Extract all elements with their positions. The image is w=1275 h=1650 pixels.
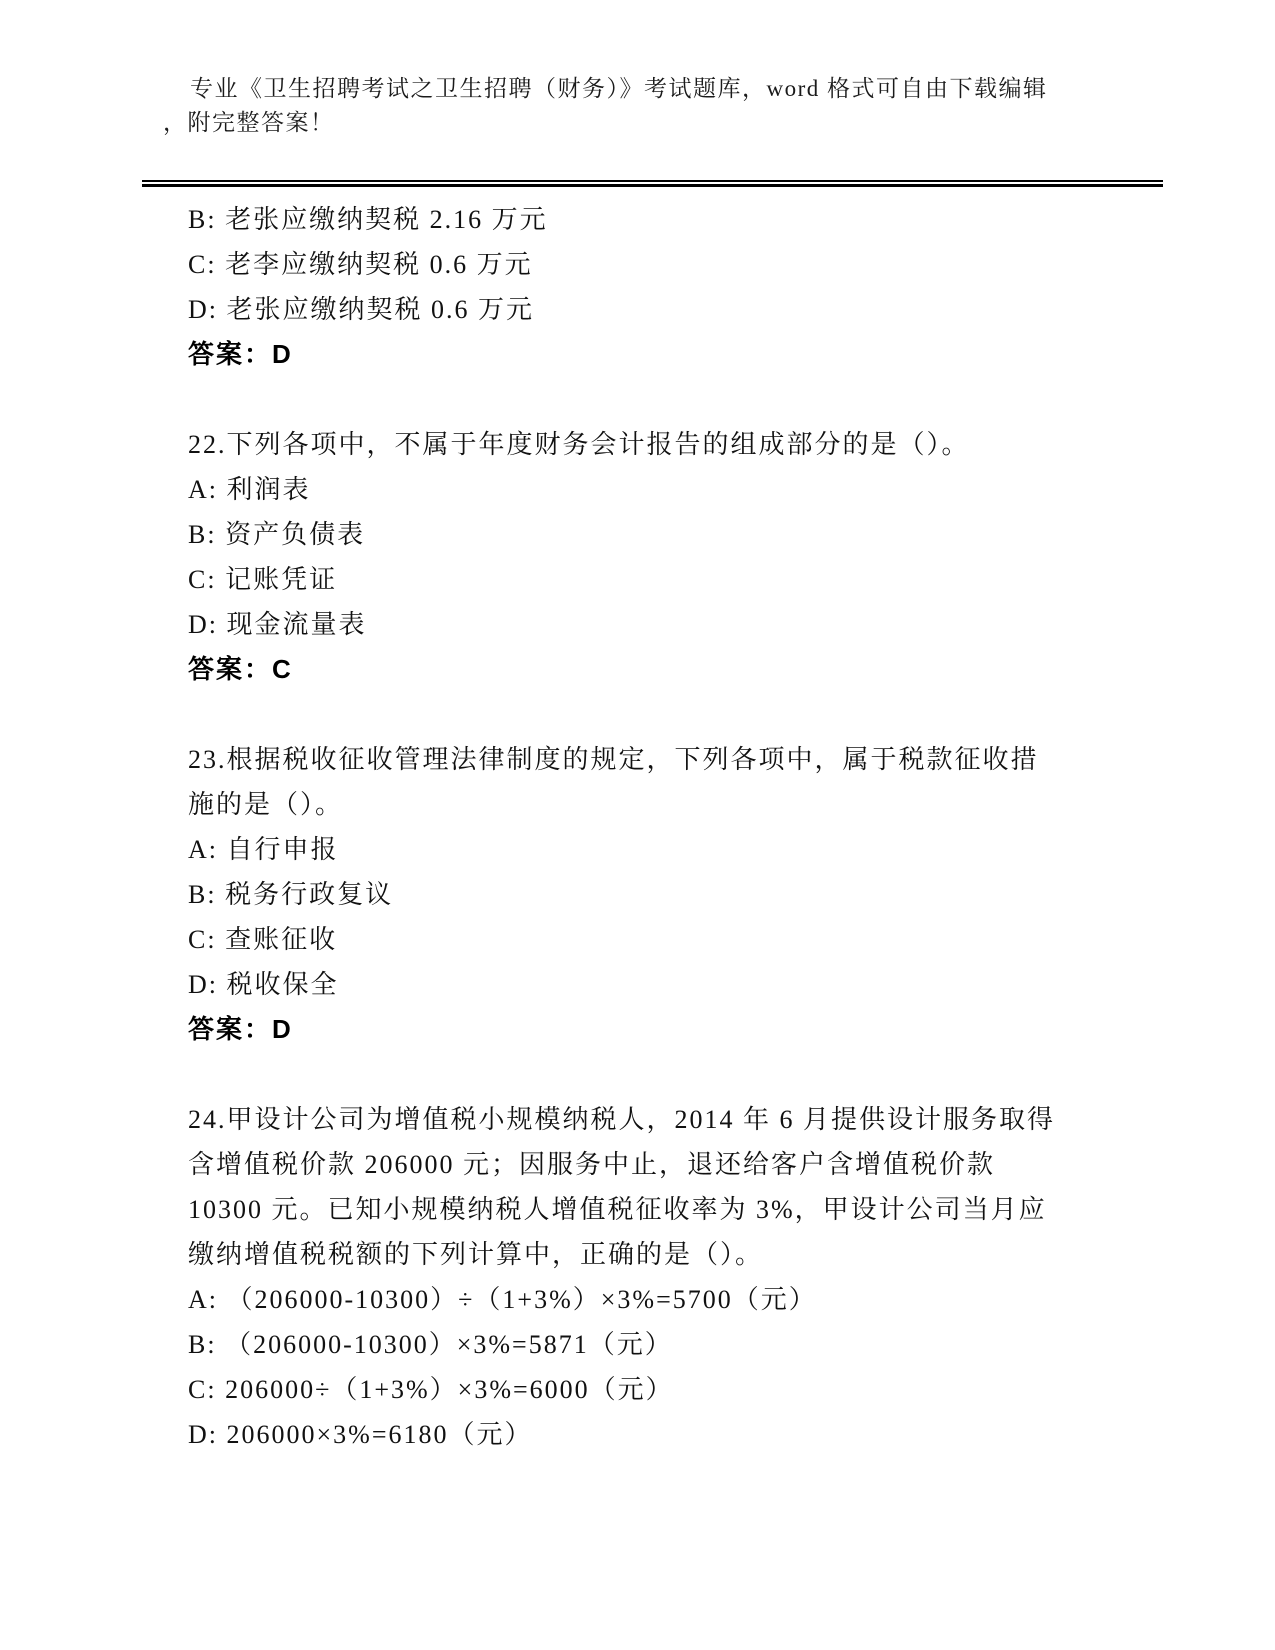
question-23-stem-line-2: 施的是（）。: [188, 782, 1145, 827]
question-21-option-b: B: 老张应缴纳契税 2.16 万元: [188, 197, 1145, 242]
question-22-option-a: A: 利润表: [188, 467, 1145, 512]
question-22-stem: 22.下列各项中，不属于年度财务会计报告的组成部分的是（）。: [188, 422, 1145, 467]
document-page: 专业《卫生招聘考试之卫生招聘（财务）》考试题库，word 格式可自由下载编辑 ，…: [0, 0, 1275, 1650]
question-22-option-c: C: 记账凭证: [188, 557, 1145, 602]
question-21-option-d: D: 老张应缴纳契税 0.6 万元: [188, 287, 1145, 332]
question-23-block: 23.根据税收征收管理法律制度的规定，下列各项中，属于税款征收措 施的是（）。 …: [188, 737, 1145, 1052]
header-title-line-2: ，附完整答案！: [142, 106, 1163, 140]
question-content: B: 老张应缴纳契税 2.16 万元 C: 老李应缴纳契税 0.6 万元 D: …: [0, 187, 1275, 1457]
question-24-option-c: C: 206000÷（1+3%）×3%=6000（元）: [188, 1367, 1145, 1412]
question-22-option-b: B: 资产负债表: [188, 512, 1145, 557]
header-title-line-1: 专业《卫生招聘考试之卫生招聘（财务）》考试题库，word 格式可自由下载编辑: [142, 72, 1163, 106]
question-21-answer: 答案：D: [188, 332, 1145, 377]
question-23-answer: 答案：D: [188, 1007, 1145, 1052]
question-21-tail-block: B: 老张应缴纳契税 2.16 万元 C: 老李应缴纳契税 0.6 万元 D: …: [188, 197, 1145, 377]
question-23-stem-line-1: 23.根据税收征收管理法律制度的规定，下列各项中，属于税款征收措: [188, 737, 1145, 782]
question-24-option-a: A: （206000-10300）÷（1+3%）×3%=5700（元）: [188, 1277, 1145, 1322]
question-24-block: 24.甲设计公司为增值税小规模纳税人，2014 年 6 月提供设计服务取得 含增…: [188, 1097, 1145, 1457]
question-23-option-c: C: 查账征收: [188, 917, 1145, 962]
question-23-option-d: D: 税收保全: [188, 962, 1145, 1007]
question-24-stem-line-4: 缴纳增值税税额的下列计算中，正确的是（）。: [188, 1232, 1145, 1277]
question-24-option-d: D: 206000×3%=6180（元）: [188, 1412, 1145, 1457]
question-23-option-b: B: 税务行政复议: [188, 872, 1145, 917]
question-22-option-d: D: 现金流量表: [188, 602, 1145, 647]
question-22-block: 22.下列各项中，不属于年度财务会计报告的组成部分的是（）。 A: 利润表 B:…: [188, 422, 1145, 692]
question-22-answer: 答案：C: [188, 647, 1145, 692]
question-24-stem-line-2: 含增值税价款 206000 元；因服务中止，退还给客户含增值税价款: [188, 1142, 1145, 1187]
page-header: 专业《卫生招聘考试之卫生招聘（财务）》考试题库，word 格式可自由下载编辑 ，…: [142, 72, 1163, 140]
header-separator-rule: [142, 180, 1163, 187]
question-24-stem-line-1: 24.甲设计公司为增值税小规模纳税人，2014 年 6 月提供设计服务取得: [188, 1097, 1145, 1142]
question-24-stem-line-3: 10300 元。已知小规模纳税人增值税征收率为 3%，甲设计公司当月应: [188, 1187, 1145, 1232]
question-24-option-b: B: （206000-10300）×3%=5871（元）: [188, 1322, 1145, 1367]
question-23-option-a: A: 自行申报: [188, 827, 1145, 872]
question-21-option-c: C: 老李应缴纳契税 0.6 万元: [188, 242, 1145, 287]
